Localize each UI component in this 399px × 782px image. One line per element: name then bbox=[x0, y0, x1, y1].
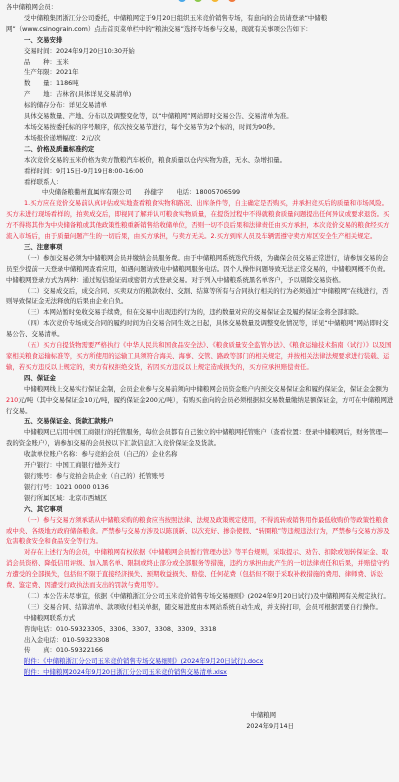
bank-code: 银行行号：1021 0000 0136 bbox=[6, 482, 394, 493]
spacer bbox=[6, 678, 394, 710]
deposit-amount: 210 bbox=[6, 396, 18, 404]
price-terms: 本次竞价交易的玉米价格为卖方散粮汽车板价，粮食质量以仓内实物为准，无水、杂增扣量… bbox=[6, 155, 394, 166]
deposit-paragraph: 中储粮网线上交易实行保证金制，会员企业参与交易前须向中储粮网会员资金账户内预交交… bbox=[6, 384, 394, 417]
contact-phone: 咨询电话：010-59323305、3306、3307、3308、3309、33… bbox=[6, 624, 394, 635]
payee-name: 收款单位账户名称：参与竞拍会员（自己的）企业名称 bbox=[6, 449, 394, 460]
contact-fax: 传 真：010-59322166 bbox=[6, 645, 394, 656]
notice-4: （四）本次竞价专场成交合同的履约时间为自交易合同生效之日起，具体交易数量及调整变… bbox=[6, 318, 394, 340]
section-6-title: 六、其它事项 bbox=[6, 504, 394, 515]
trade-order-note: 本场交易按委托标的序号顺序，依次按交易节进行，每个交易节为2个标的，时间为90秒… bbox=[6, 122, 394, 133]
notice-5: （五）买方自提货物需要严格执行《中华人民共和国食品安全法》、《粮食质量安全监管办… bbox=[6, 340, 394, 373]
announcement-document: 各中储粮网会员： 受中储粮集团浙江分公司委托，中储粮网定于9月20日组织玉米竞价… bbox=[6, 2, 394, 732]
origin: 产 地：吉林省(具体详见交易清单) bbox=[6, 89, 394, 100]
production-year: 生产年限：2021年 bbox=[6, 67, 394, 78]
signature-date: 2024年9月14日 bbox=[6, 721, 394, 732]
attachment-list-link[interactable]: 附件：中储粮网2024年9月20日浙江分公司玉米竞价销售交易清单.xlsx bbox=[24, 668, 227, 676]
notice-3: （三）本网站暂时免收交易手续费，但在交易中出现违约行为的，违约数量对应的交易保证… bbox=[6, 307, 394, 318]
other-2: （二）本公告未尽事宜，依据《中储粮浙江分公司玉米竞价销售专场交易细则》(2024… bbox=[6, 591, 394, 602]
other-1-penalty: 对存在上述行为的会员，中储粮网有权依据《中储粮网会员暂行管理办法》等平台规则，采… bbox=[6, 547, 394, 591]
inspection-contact: 中央储备粮衢州直属库有限公司 孙健宇 电话：18005706599 bbox=[6, 187, 394, 198]
notice-1: （一）参加交易必须为中储粮网会员并缴纳会员服务费。由于中储粮网系统迭代升级，为确… bbox=[6, 253, 394, 286]
signature-org: 中储粮网 bbox=[6, 710, 394, 721]
inspection-time: 看样时间：9月15日-9月19日8:00-16:00 bbox=[6, 166, 394, 177]
variety: 品 种：玉米 bbox=[6, 57, 394, 68]
bank-account: 银行账号：参与竞拍会员企业（自己的）托管账号 bbox=[6, 471, 394, 482]
section-1-title: 一、交易安排 bbox=[6, 35, 394, 46]
custody-intro: 中储粮网已启用中国工商银行的托管服务，每位会员都有自己独立的中储粮网托管账户（查… bbox=[6, 427, 394, 449]
other-3: （三）交易合同、结算清单、款项收付相关单据，随交易进度由本网站系统自动生成，并支… bbox=[6, 602, 394, 613]
trade-time: 交易时间：2024年9月20日10:30开始 bbox=[6, 46, 394, 57]
bank-region: 银行所属区域：北京市西城区 bbox=[6, 493, 394, 504]
section-4-title: 四、保证金 bbox=[6, 373, 394, 384]
attachment-rules-link[interactable]: 附件：《中储粮浙江分公司玉米竞价销售专场交易细则》(2024年9月20日试行).… bbox=[24, 657, 263, 665]
deposit-text-post: 元/吨（其中交易保证金10元/吨，履约保证金200元/吨），有购买意向的会员必须… bbox=[6, 396, 393, 415]
storage-distribution: 标的储存分布：详见交易清单 bbox=[6, 100, 394, 111]
salutation: 各中储粮网会员： bbox=[6, 2, 394, 13]
buyer-warning: 1.买方应在竞价交易前认真评估或实地查看粮食实物和路况、出库条件等，自主确定是否… bbox=[6, 198, 394, 242]
trade-details-note: 具体交易数量、产地、分布以及调整变化等，以“中储粮网”网站即时交易公告、交易清单… bbox=[6, 111, 394, 122]
bid-increment: 本场报价递增幅度：2元/次 bbox=[6, 133, 394, 144]
intro-paragraph: 受中储粮集团浙江分公司委托，中储粮网定于9月20日组织玉米竞价销售专场，有意向的… bbox=[6, 13, 394, 35]
section-3-title: 三、注意事项 bbox=[6, 242, 394, 253]
notice-2: （二）交易成交后，成交合同、买卖双方的粮款收付、交割、结算等所有与合同执行相关的… bbox=[6, 286, 394, 308]
quantity: 数 量：1186吨 bbox=[6, 78, 394, 89]
other-1: （一）参与交易方须承诺从中储粮采购的粮食应当按照法律、法规及政策规定使用，不得流… bbox=[6, 515, 394, 548]
inspection-contact-label: 看样联系人： bbox=[6, 177, 394, 188]
deposit-text-pre: 中储粮网线上交易实行保证金制，会员企业参与交易前须向中储粮网会员资金账户内预交交… bbox=[24, 385, 388, 393]
contact-funds-phone: 出入金电话：010-59323308 bbox=[6, 635, 394, 646]
section-2-title: 二、价格及质量标准约定 bbox=[6, 144, 394, 155]
contact-title: 中储粮网联系方式 bbox=[6, 613, 394, 624]
section-5-title: 五、交易保证金、货款汇款账户 bbox=[6, 416, 394, 427]
bank-name: 开户银行：中国工商银行德外支行 bbox=[6, 460, 394, 471]
